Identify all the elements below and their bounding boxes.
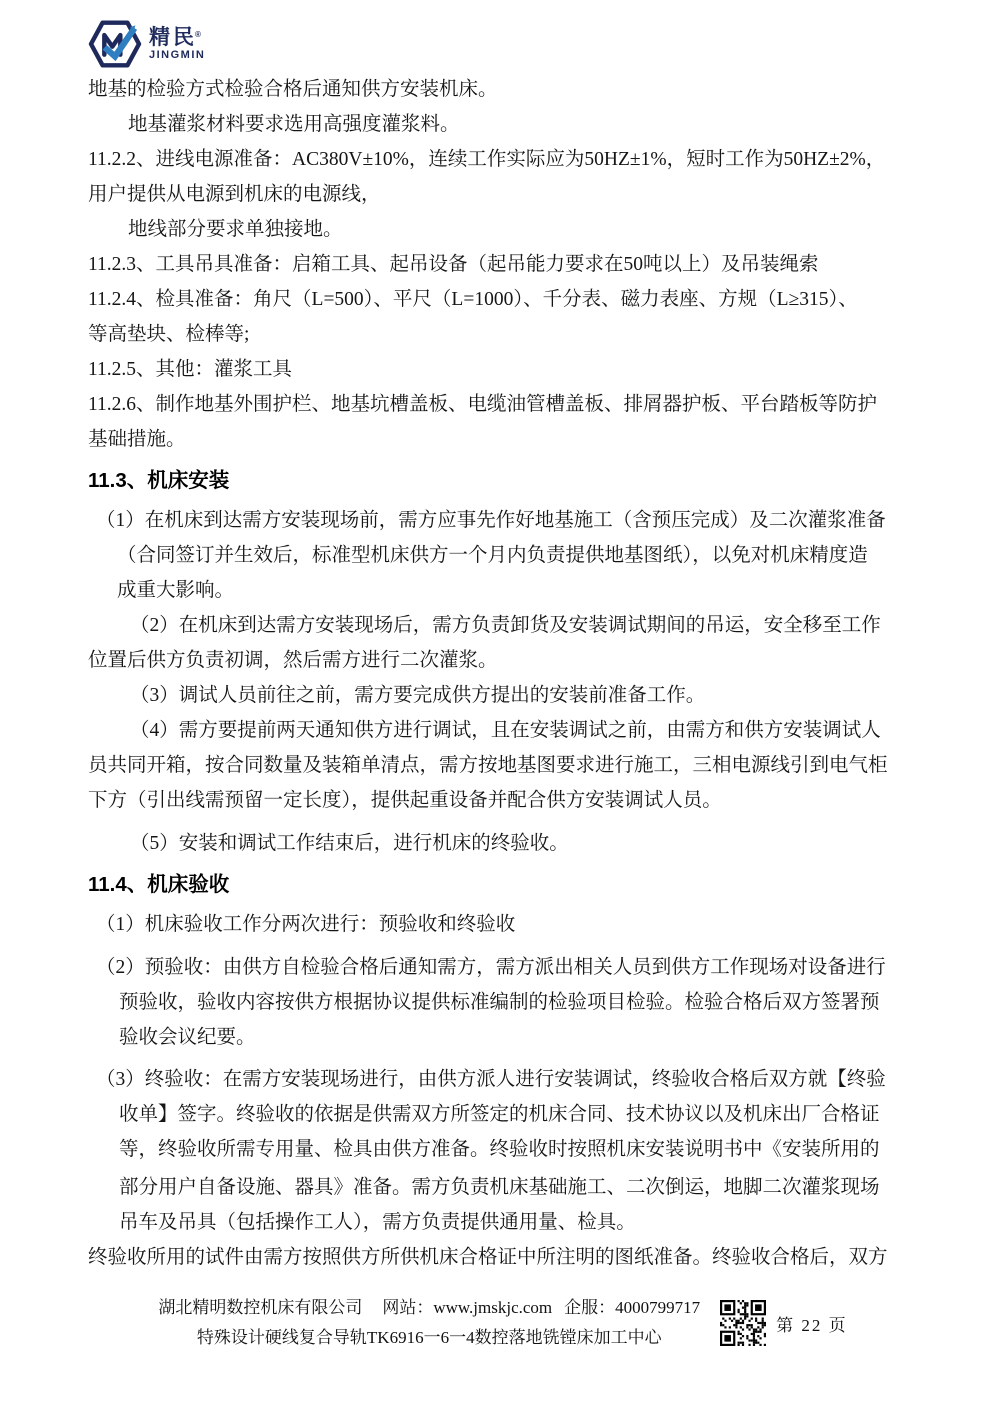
document-line: （4）需方要提前两天通知供方进行调试，且在安装调试之前，由需方和供方安装调试人 xyxy=(88,713,938,748)
company-logo: 精民® JINGMIN xyxy=(88,20,205,68)
document-line: （2）在机床到达需方安装现场后，需方负责卸货及安装调试期间的吊运，安全移至工作 xyxy=(88,608,938,643)
footer-subtitle: 特殊设计硬线复合导轨TK6916一6一4数控落地铣镗床加工中心 xyxy=(152,1323,706,1353)
document-line: 位置后供方负责初调，然后需方进行二次灌浆。 xyxy=(88,643,938,678)
footer-service-phone: 企服：4000799717 xyxy=(564,1298,700,1317)
document-body: 地基的检验方式检验合格后通知供方安装机床。地基灌浆材料要求选用高强度灌浆料。11… xyxy=(88,72,938,1275)
document-line: 11.2.5、其他：灌浆工具 xyxy=(88,352,938,387)
document-line: 11.2.2、进线电源准备：AC380V±10%，连续工作实际应为50HZ±1%… xyxy=(88,142,938,177)
document-line: （3）调试人员前往之前，需方要完成供方提出的安装前准备工作。 xyxy=(88,678,938,713)
document-line: 基础措施。 xyxy=(88,422,938,457)
document-line: （1）机床验收工作分两次进行：预验收和终验收 xyxy=(88,907,938,942)
document-line: 员共同开箱，按合同数量及装箱单清点，需方按地基图要求进行施工，三相电源线引到电气… xyxy=(88,748,938,783)
document-line: （1）在机床到达需方安装现场前，需方应事先作好地基施工（含预压完成）及二次灌浆准… xyxy=(88,503,938,538)
document-line: 地基灌浆材料要求选用高强度灌浆料。 xyxy=(88,107,938,142)
section-heading: 11.3、机床安装 xyxy=(88,463,938,498)
footer-text-block: 湖北精明数控机床有限公司网站：www.jmskjc.com企服：40007997… xyxy=(152,1293,706,1353)
qr-code-icon xyxy=(720,1300,766,1346)
document-line: （合同签订并生效后，标准型机床供方一个月内负责提供地基图纸），以免对机床精度造 xyxy=(88,538,938,573)
document-line: 11.2.3、工具吊具准备：启箱工具、起吊设备（起吊能力要求在50吨以上）及吊装… xyxy=(88,247,938,282)
footer-company-line: 湖北精明数控机床有限公司网站：www.jmskjc.com企服：40007997… xyxy=(152,1293,706,1323)
document-line: 地线部分要求单独接地。 xyxy=(88,212,938,247)
document-line: （3）终验收：在需方安装现场进行，由供方派人进行安装调试，终验收合格后双方就【终… xyxy=(88,1062,938,1097)
section-heading: 11.4、机床验收 xyxy=(88,867,938,902)
footer-website: 网站：www.jmskjc.com xyxy=(382,1298,552,1317)
document-line: 等，终验收所需专用量、检具由供方准备。终验收时按照机床安装说明书中《安装所用的 xyxy=(88,1132,938,1167)
logo-wordmark: 精民® JINGMIN xyxy=(149,27,205,61)
registered-mark: ® xyxy=(195,30,201,39)
document-line: （2）预验收：由供方自检验合格后通知需方，需方派出相关人员到供方工作现场对设备进… xyxy=(88,950,938,985)
document-line: 部分用户自备设施、器具》准备。需方负责机床基础施工、二次倒运，地脚二次灌浆现场 xyxy=(88,1170,938,1205)
document-line: 等高垫块、检棒等; xyxy=(88,317,938,352)
document-line: 用户提供从电源到机床的电源线， xyxy=(88,177,938,212)
document-line: （5）安装和调试工作结束后，进行机床的终验收。 xyxy=(88,826,938,861)
document-line: 11.2.4、检具准备：角尺（L=500）、平尺（L=1000）、千分表、磁力表… xyxy=(88,282,938,317)
document-line: 地基的检验方式检验合格后通知供方安装机床。 xyxy=(88,72,938,107)
page-number: 第 22 页 xyxy=(776,1311,848,1336)
document-line: 11.2.6、制作地基外围护栏、地基坑槽盖板、电缆油管槽盖板、排屑器护板、平台踏… xyxy=(88,387,938,422)
document-page: 精民® JINGMIN 地基的检验方式检验合格后通知供方安装机床。地基灌浆材料要… xyxy=(0,0,1000,1417)
document-line: 成重大影响。 xyxy=(88,573,938,608)
footer-company: 湖北精明数控机床有限公司 xyxy=(158,1298,362,1317)
page-footer: 湖北精明数控机床有限公司网站：www.jmskjc.com企服：40007997… xyxy=(0,1293,1000,1353)
document-line: 下方（引出线需预留一定长度），提供起重设备并配合供方安装调试人员。 xyxy=(88,783,938,818)
logo-brand-en: JINGMIN xyxy=(149,50,205,61)
logo-hexagon-icon xyxy=(88,20,142,68)
document-line: 终验收所用的试件由需方按照供方所供机床合格证中所注明的图纸准备。终验收合格后，双… xyxy=(88,1240,938,1275)
document-line: 预验收，验收内容按供方根据协议提供标准编制的检验项目检验。检验合格后双方签署预 xyxy=(88,985,938,1020)
logo-brand-cn: 精民® xyxy=(149,27,205,48)
document-line: 验收会议纪要。 xyxy=(88,1020,938,1055)
document-line: 吊车及吊具（包括操作工人），需方负责提供通用量、检具。 xyxy=(88,1205,938,1240)
document-line: 收单】签字。终验收的依据是供需双方所签定的机床合同、技术协议以及机床出厂合格证 xyxy=(88,1097,938,1132)
